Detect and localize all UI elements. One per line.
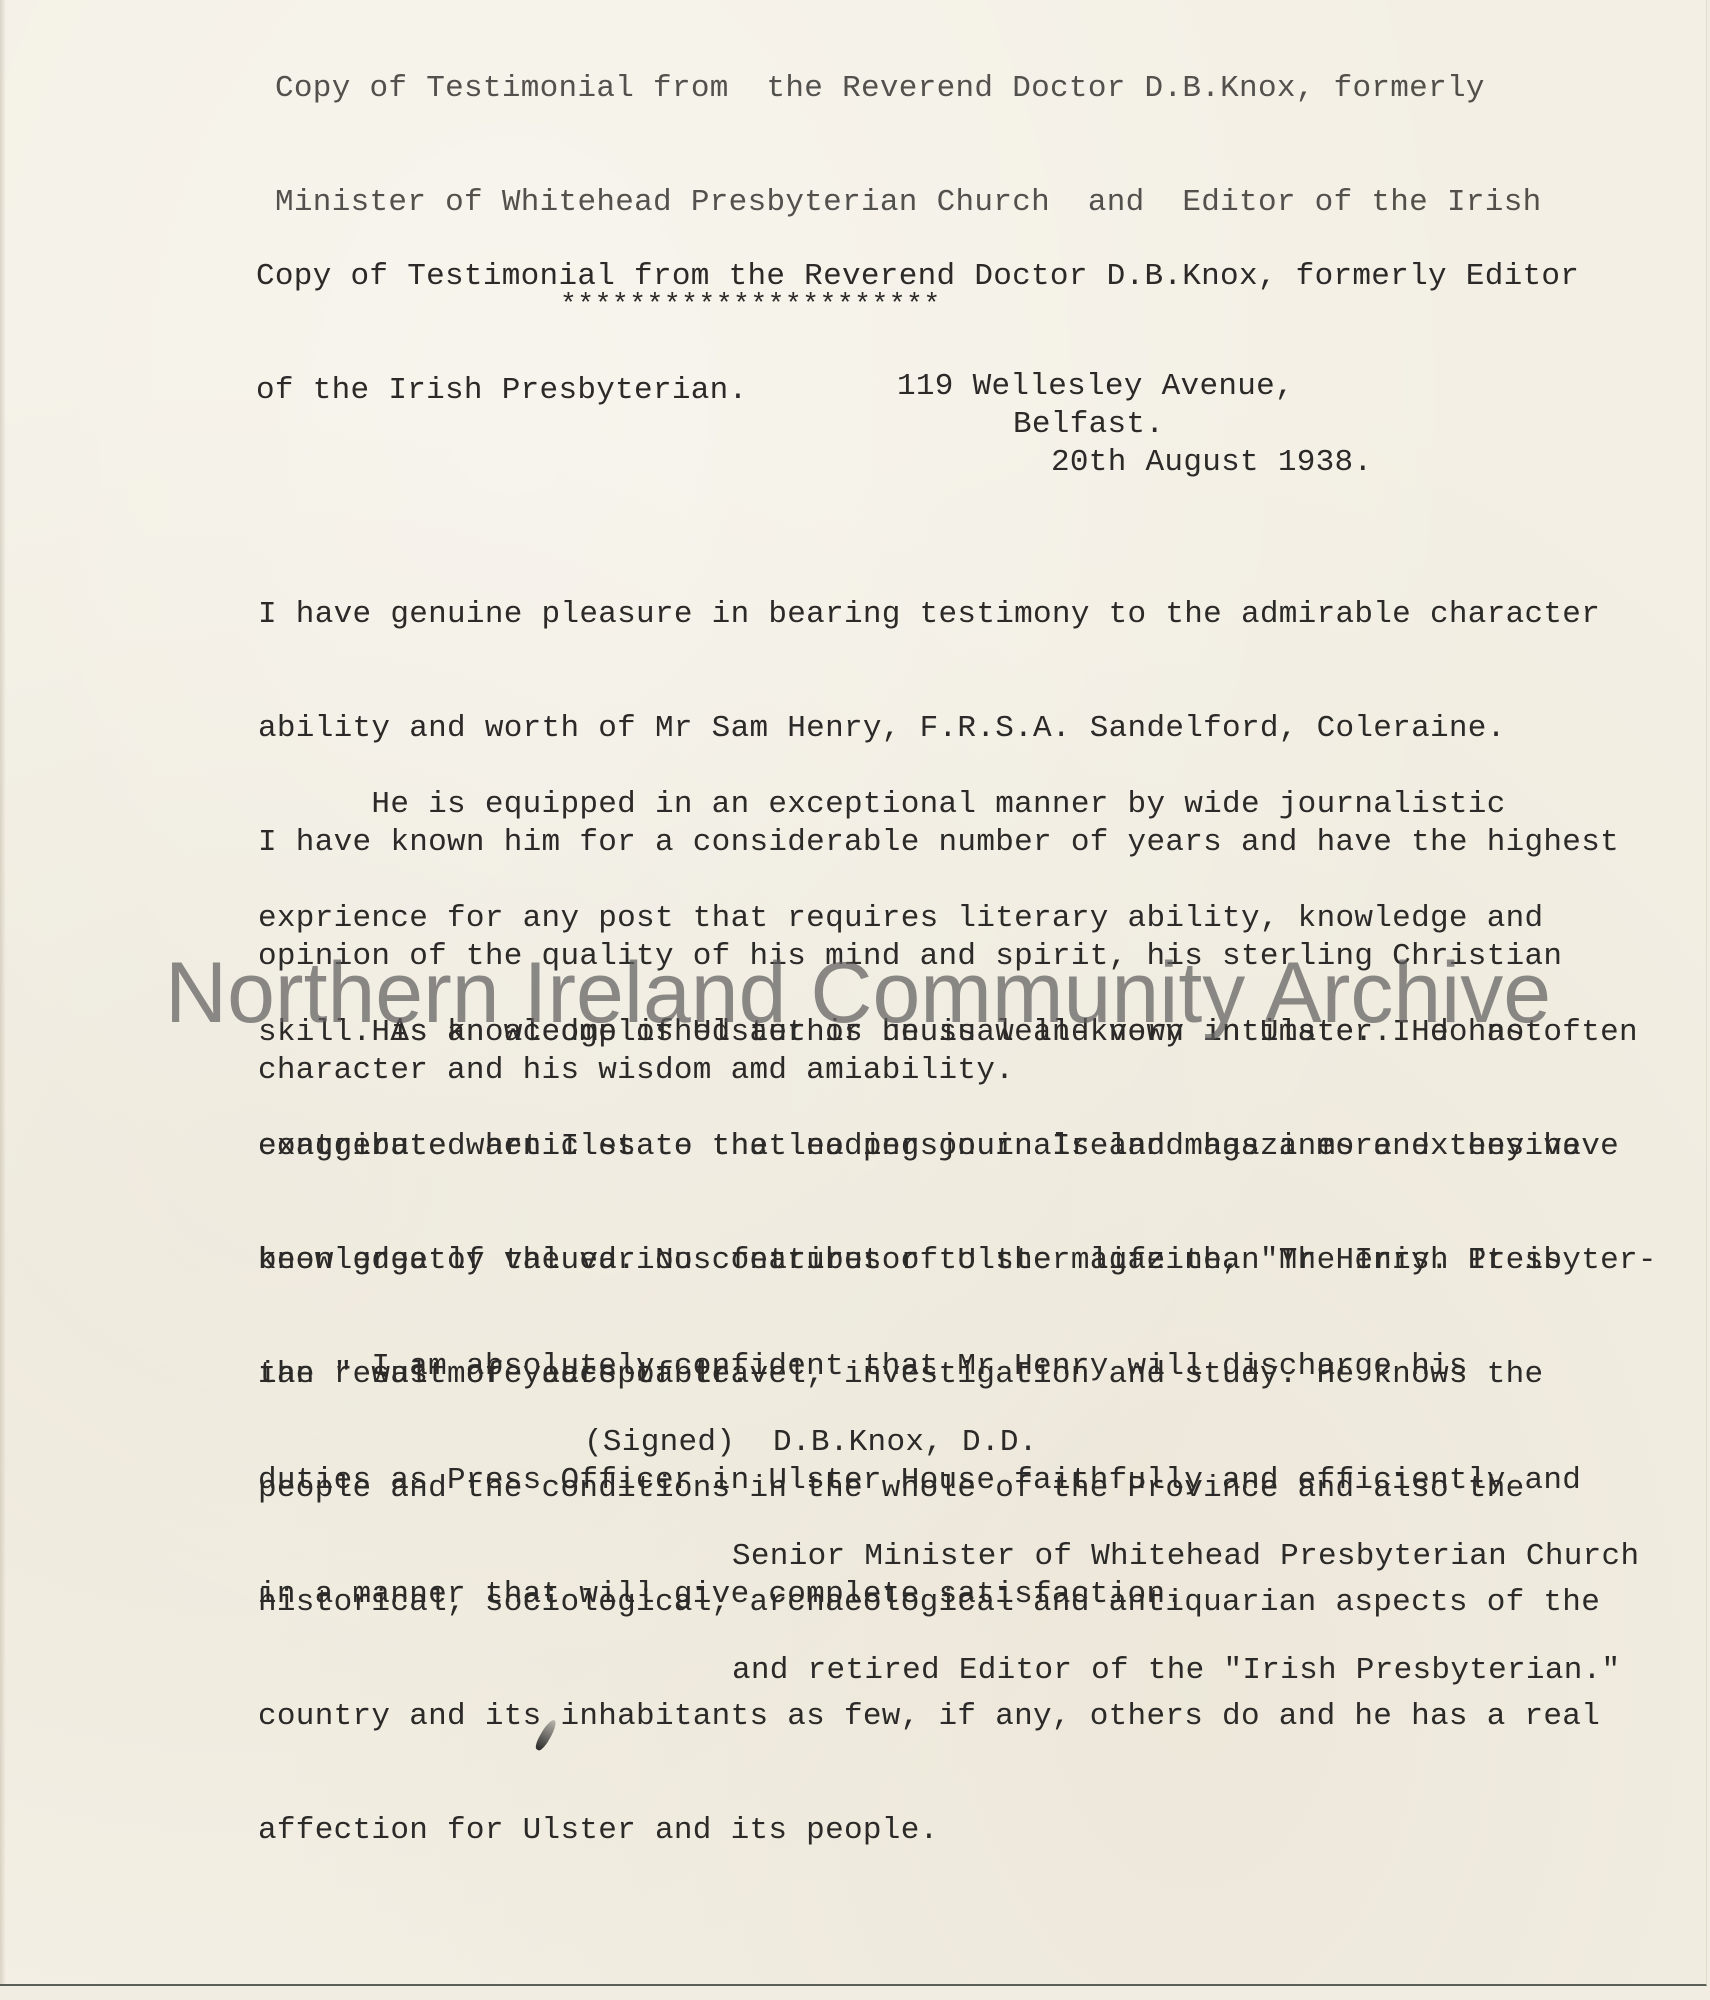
body-line: exaggerate when I state that no person i…: [258, 1128, 1600, 1166]
body-line: His knowledge of Ulster is unusual and v…: [258, 1014, 1600, 1052]
address-city: Belfast.: [1013, 406, 1164, 444]
body-line: affection for Ulster and its people.: [258, 1812, 1600, 1850]
page-edge-shadow: [0, 0, 6, 1984]
signature-title-block: Senior Minister of Whitehead Presbyteria…: [732, 1462, 1639, 1728]
signature-signed-line: (Signed) D.B.Knox, D.D.: [584, 1424, 1038, 1462]
address-street: 119 Wellesley Avenue,: [897, 368, 1294, 406]
body-line: I am absolutely confident that Mr Henry …: [258, 1348, 1581, 1386]
body-line: He is equipped in an exceptional manner …: [258, 786, 1657, 824]
letter-date: 20th August 1938.: [1051, 444, 1372, 482]
body-line: I have genuine pleasure in bearing testi…: [258, 596, 1619, 634]
body-line: exprience for any post that requires lit…: [258, 900, 1657, 938]
signature-title-line-2: and retired Editor of the "Irish Presbyt…: [732, 1652, 1639, 1690]
header-copy-line-1: Copy of Testimonial from the Reverend Do…: [275, 70, 1542, 108]
signature-title-line-1: Senior Minister of Whitehead Presbyteria…: [732, 1538, 1639, 1576]
asterisk-separator: **********************: [560, 290, 941, 321]
